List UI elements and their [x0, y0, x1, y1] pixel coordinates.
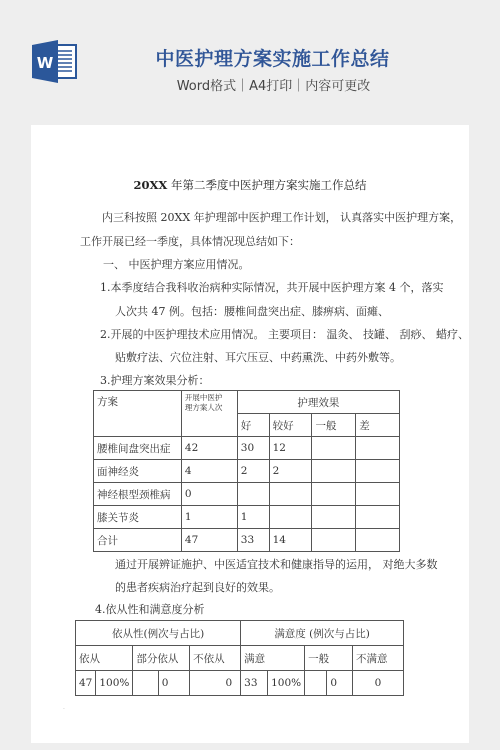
cell-partial-v: 0 [158, 671, 189, 696]
document-title: 20XX 年第二季度中医护理方案实施工作总结 [31, 178, 469, 192]
paragraph-mark: · [63, 706, 66, 709]
cell-fair-good: 2 [269, 460, 312, 483]
cell-satisfied-n: 33 [241, 671, 268, 696]
header-poor: 差 [356, 414, 400, 437]
banner-title: 中医护理方案实施工作总结 [0, 44, 500, 71]
cell-average [312, 529, 356, 552]
effect-analysis-table: 方案 开展中医护理方案人次 护理效果 好 较好 一般 差 腰椎间盘突出症 42 … [93, 390, 400, 552]
header-neutral: 一般 [305, 646, 353, 671]
cell-plan: 膝关节炎 [94, 506, 182, 529]
header-satisfied: 满意 [241, 646, 305, 671]
header-satisfaction: 满意度 (例次与占比) [241, 621, 404, 646]
cell-good: 1 [237, 506, 269, 529]
cell-poor [356, 506, 400, 529]
cell-poor [356, 483, 400, 506]
header-good: 好 [237, 414, 269, 437]
cell-plan: 腰椎间盘突出症 [94, 437, 182, 460]
header-unsatisfied: 不满意 [352, 646, 403, 671]
cell-count: 1 [181, 506, 237, 529]
cell-poor [356, 529, 400, 552]
item-2-line2: 贴敷疗法、穴位注射、耳穴压豆、中药熏洗、中药外敷等。 [115, 351, 401, 365]
cell-unsatisfied: 0 [352, 671, 403, 696]
item-1-line1: 1.本季度结合我科收治病种实际情况，共开展中医护理方案 4 个，落实 [100, 281, 444, 295]
header-compliance: 依从性(例次与占比) [76, 621, 241, 646]
section-heading-1: 一、 中医护理方案应用情况。 [103, 258, 250, 272]
cell-count: 0 [181, 483, 237, 506]
header-effect: 护理效果 [237, 391, 399, 414]
cell-plan: 合计 [94, 529, 182, 552]
cell-count: 4 [181, 460, 237, 483]
cell-average [312, 506, 356, 529]
intro-paragraph-line2: 工作开展已经一季度，具体情况现总结如下： [80, 235, 300, 249]
cell-count: 42 [181, 437, 237, 460]
cell-poor [356, 437, 400, 460]
intro-paragraph-line1: 内三科按照 20XX 年护理部中医护理工作计划， 认真落实中医护理方案， [102, 211, 461, 225]
table-row-total: 合计 47 33 14 [94, 529, 400, 552]
cell-fair-good: 12 [269, 437, 312, 460]
summary-line2: 的患者疾病治疗起到良好的效果。 [115, 581, 280, 595]
table-row: 腰椎间盘突出症 42 30 12 [94, 437, 400, 460]
cell-poor [356, 460, 400, 483]
cell-satisfied-pct: 100% [268, 671, 305, 696]
cell-good: 30 [237, 437, 269, 460]
item-3-heading: 3.护理方案效果分析： [100, 374, 210, 388]
cell-good [237, 483, 269, 506]
document-page: 20XX 年第二季度中医护理方案实施工作总结 内三科按照 20XX 年护理部中医… [31, 125, 469, 743]
cell-average [312, 483, 356, 506]
cell-neutral-n [305, 671, 327, 696]
cell-good: 2 [237, 460, 269, 483]
cell-fair-good [269, 483, 312, 506]
cell-fair-good [269, 506, 312, 529]
cell-partial-n [133, 671, 158, 696]
item-2-line1: 2.开展的中医护理技术应用情况。 主要项目： 温灸、 技罐、 刮痧、 蜡疗、 [100, 328, 469, 342]
header-non-comply: 不依从 [190, 646, 241, 671]
cell-plan: 面神经炎 [94, 460, 182, 483]
table-row: 面神经炎 4 2 2 [94, 460, 400, 483]
cell-non-comply: 0 [190, 671, 241, 696]
header-plan: 方案 [94, 391, 182, 437]
cell-average [312, 460, 356, 483]
cell-neutral-v: 0 [327, 671, 353, 696]
header-count: 开展中医护理方案人次 [181, 391, 237, 437]
cell-plan: 神经根型颈椎病 [94, 483, 182, 506]
cell-average [312, 437, 356, 460]
table-row: 膝关节炎 1 1 [94, 506, 400, 529]
table-row: 47 100% 0 0 33 100% 0 0 [76, 671, 404, 696]
cell-good: 33 [237, 529, 269, 552]
cell-count: 47 [181, 529, 237, 552]
item-1-line2: 人次共 47 例。包括：腰椎间盘突出症、膝痹病、面瘫、 [115, 305, 389, 319]
header-average: 一般 [312, 414, 356, 437]
header-partial: 部分依从 [133, 646, 190, 671]
banner-subtitle: Word格式｜A4打印｜内容可更改 [0, 75, 500, 94]
table-row: 神经根型颈椎病 0 [94, 483, 400, 506]
header-fair-good: 较好 [269, 414, 312, 437]
summary-line1: 通过开展辨证施护、中医适宜技术和健康指导的运用， 对绝大多数 [115, 558, 438, 572]
cell-comply-n: 47 [76, 671, 96, 696]
header-comply: 依从 [76, 646, 133, 671]
cell-comply-pct: 100% [96, 671, 133, 696]
cell-fair-good: 14 [269, 529, 312, 552]
item-4-heading: 4.依从性和满意度分析 [95, 603, 205, 617]
compliance-satisfaction-table: 依从性(例次与占比) 满意度 (例次与占比) 依从 部分依从 不依从 满意 一般… [75, 620, 404, 696]
